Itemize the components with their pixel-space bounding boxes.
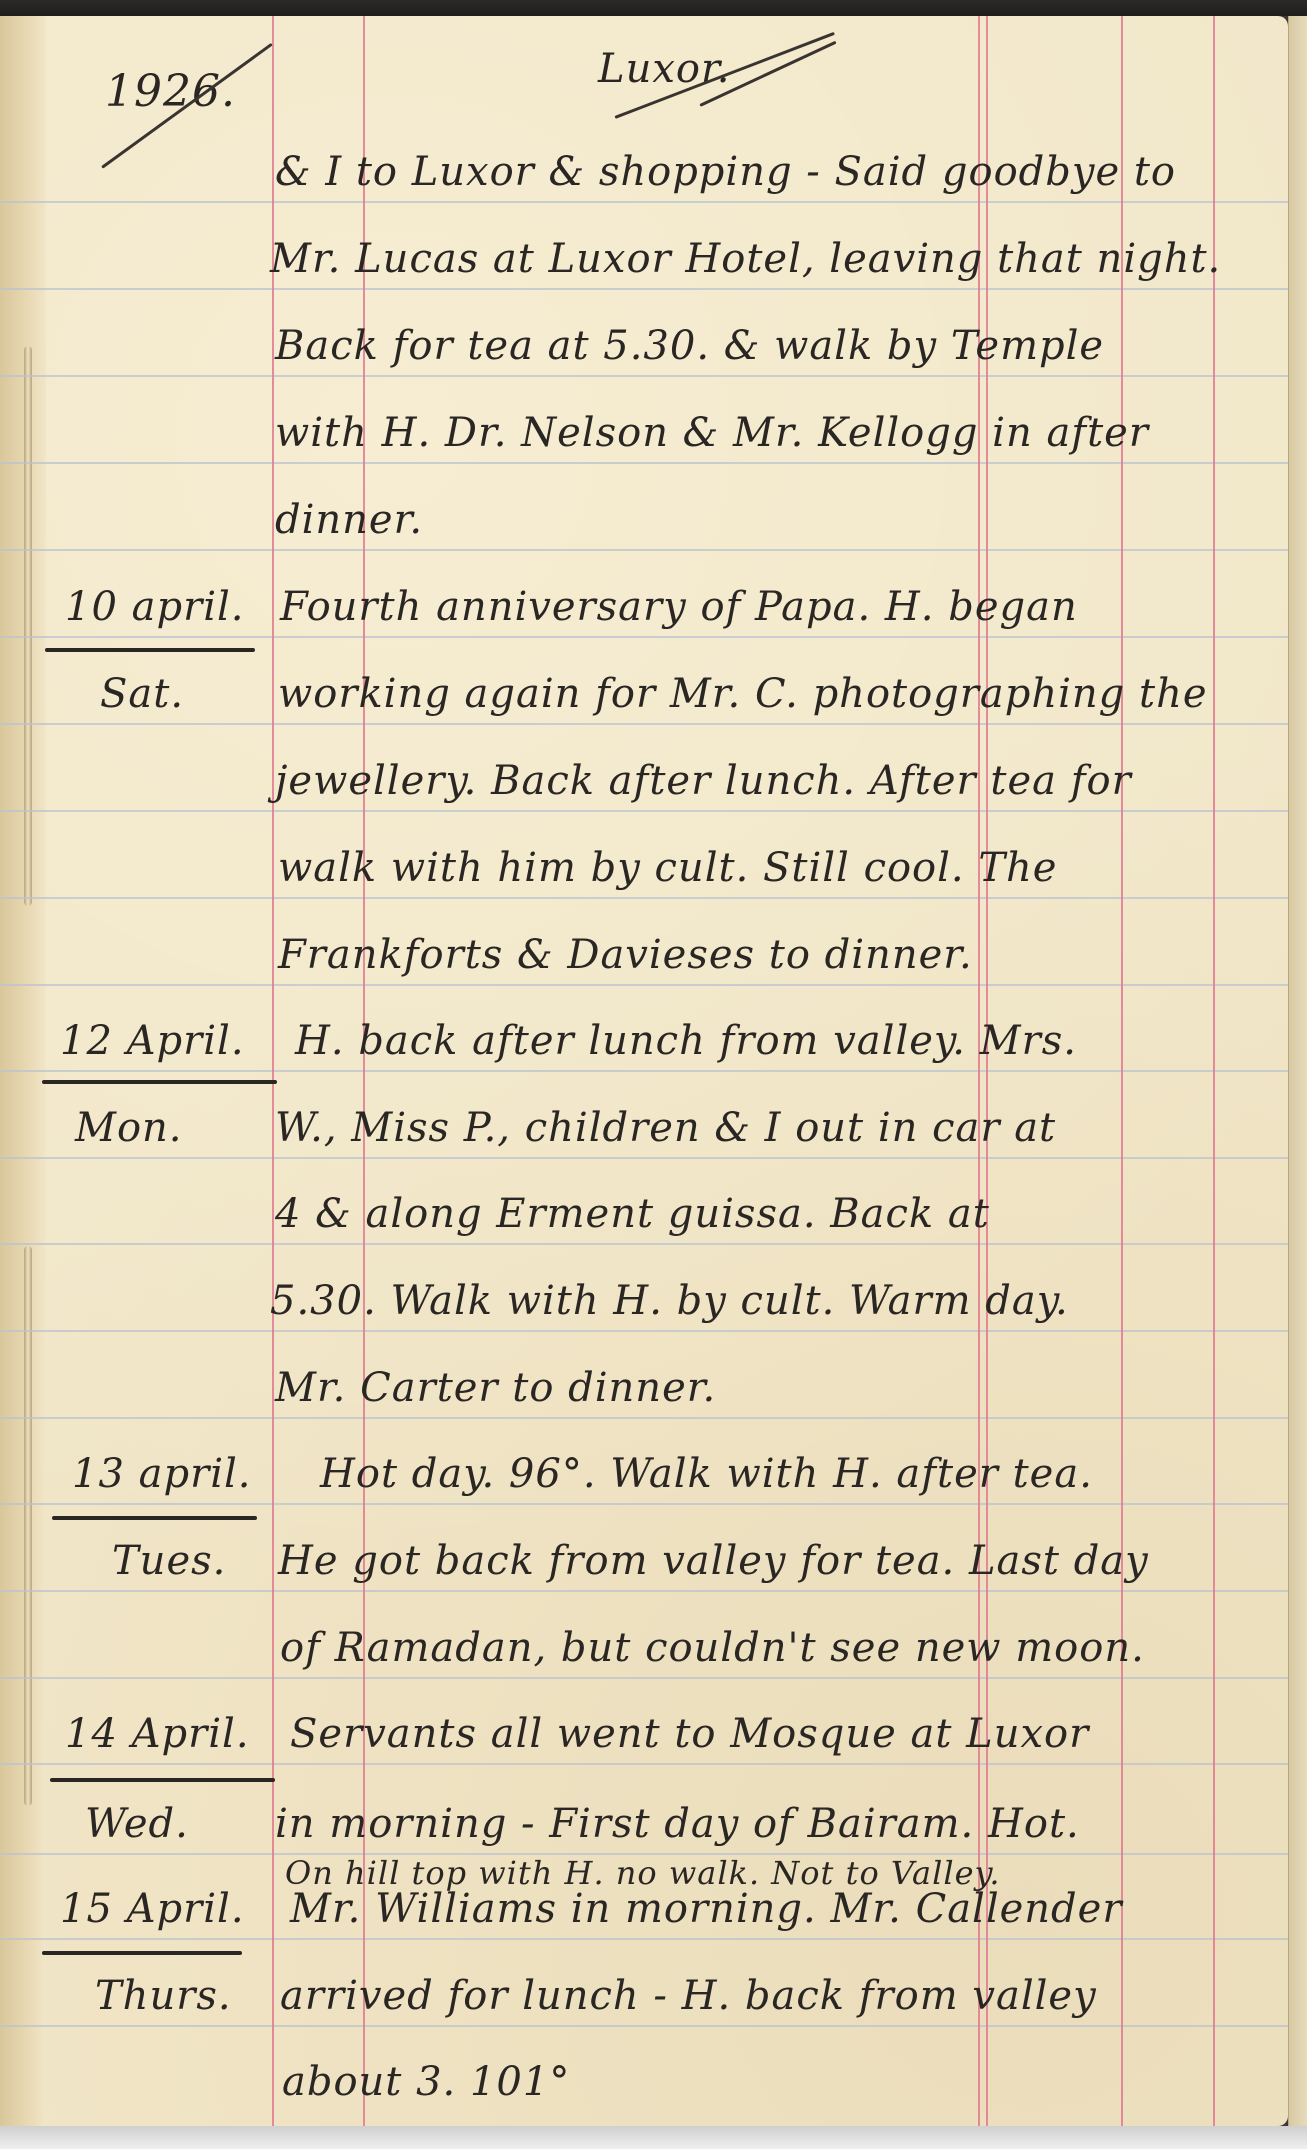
ruled-line (0, 984, 1288, 986)
entry-year: 1926. (105, 66, 236, 117)
scan-background-bottom (0, 2126, 1307, 2149)
entry-weekday: Tues. (112, 1538, 226, 1584)
date-underline (52, 1516, 257, 1520)
column-rule (1121, 16, 1123, 2126)
entry-weekday: Sat. (100, 671, 184, 717)
entry-text-line: Frankforts & Davieses to dinner. (278, 932, 973, 978)
ruled-line (0, 1590, 1288, 1592)
entry-weekday: Thurs. (95, 1973, 232, 2019)
ruled-line (0, 636, 1288, 638)
ruled-line (0, 462, 1288, 464)
entry-text-line: Mr. Williams in morning. Mr. Callender (290, 1886, 1122, 1932)
entry-text-line: Servants all went to Mosque at Luxor (290, 1711, 1089, 1757)
entry-text-line: W., Miss P., children & I out in car at (275, 1105, 1056, 1151)
entry-text-line: jewellery. Back after lunch. After tea f… (275, 758, 1132, 804)
entry-weekday: Wed. (85, 1801, 189, 1847)
entry-text-line: Hot day. 96°. Walk with H. after tea. (320, 1451, 1093, 1497)
ruled-line (0, 1243, 1288, 1245)
entry-date: 15 April. (60, 1886, 245, 1932)
entry-text-line: Mr. Lucas at Luxor Hotel, leaving that n… (270, 236, 1221, 282)
entry-text-line: H. back after lunch from valley. Mrs. (295, 1018, 1077, 1064)
entry-date: 12 April. (60, 1018, 245, 1064)
entry-text-line: 5.30. Walk with H. by cult. Warm day. (270, 1278, 1069, 1324)
ruled-line (0, 1417, 1288, 1419)
entry-text-line: He got back from valley for tea. Last da… (278, 1538, 1149, 1584)
entry-text-line: arrived for lunch - H. back from valley (280, 1973, 1097, 2019)
date-underline (50, 1778, 275, 1782)
date-underline (45, 648, 255, 652)
entry-date: 10 april. (65, 584, 245, 630)
date-underline (42, 1951, 242, 1955)
ruled-line (0, 1938, 1288, 1940)
ruled-line (0, 2025, 1288, 2027)
date-underline (42, 1080, 277, 1084)
notebook-page: 1926. Luxor. & I to Luxor & shopping - S… (0, 16, 1288, 2126)
entry-date: 13 april. (72, 1451, 252, 1497)
ruled-line (0, 810, 1288, 812)
entry-text-line: Back for tea at 5.30. & walk by Temple (275, 323, 1104, 369)
entry-text-line: walk with him by cult. Still cool. The (278, 845, 1057, 891)
ruled-line (0, 723, 1288, 725)
entry-text-line: in morning - First day of Bairam. Hot. (275, 1801, 1080, 1847)
page-stack-edge (1288, 16, 1307, 2126)
ruled-line (0, 201, 1288, 203)
ruled-line (0, 549, 1288, 551)
entry-text-line: with H. Dr. Nelson & Mr. Kellogg in afte… (275, 410, 1149, 456)
entry-text-line: 4 & along Erment guissa. Back at (275, 1191, 990, 1237)
ruled-line (0, 1503, 1288, 1505)
column-rule (1213, 16, 1215, 2126)
ruled-line (0, 375, 1288, 377)
entry-text-line: of Ramadan, but couldn't see new moon. (280, 1625, 1145, 1671)
entry-text-line: Mr. Carter to dinner. (275, 1365, 716, 1411)
ruled-line (0, 1763, 1288, 1765)
entry-text-line: & I to Luxor & shopping - Said goodbye t… (275, 149, 1176, 195)
ruled-line (0, 1330, 1288, 1332)
entry-weekday: Mon. (75, 1105, 183, 1151)
entry-date: 14 April. (65, 1711, 250, 1757)
ruled-line (0, 1677, 1288, 1679)
ruled-line (0, 897, 1288, 899)
page-title-place: Luxor. (598, 46, 730, 92)
entry-text-line: Fourth anniversary of Papa. H. began (280, 584, 1078, 630)
ruled-line (0, 1070, 1288, 1072)
ruled-line (0, 1157, 1288, 1159)
entry-text-line: working again for Mr. C. photographing t… (278, 671, 1208, 717)
entry-text-line: about 3. 101° (282, 2059, 570, 2105)
binding-stitch (24, 346, 32, 906)
book-top-edge (0, 0, 1307, 16)
entry-text-line: dinner. (275, 497, 423, 543)
margin-rule (272, 16, 274, 2126)
ruled-line (0, 288, 1288, 290)
